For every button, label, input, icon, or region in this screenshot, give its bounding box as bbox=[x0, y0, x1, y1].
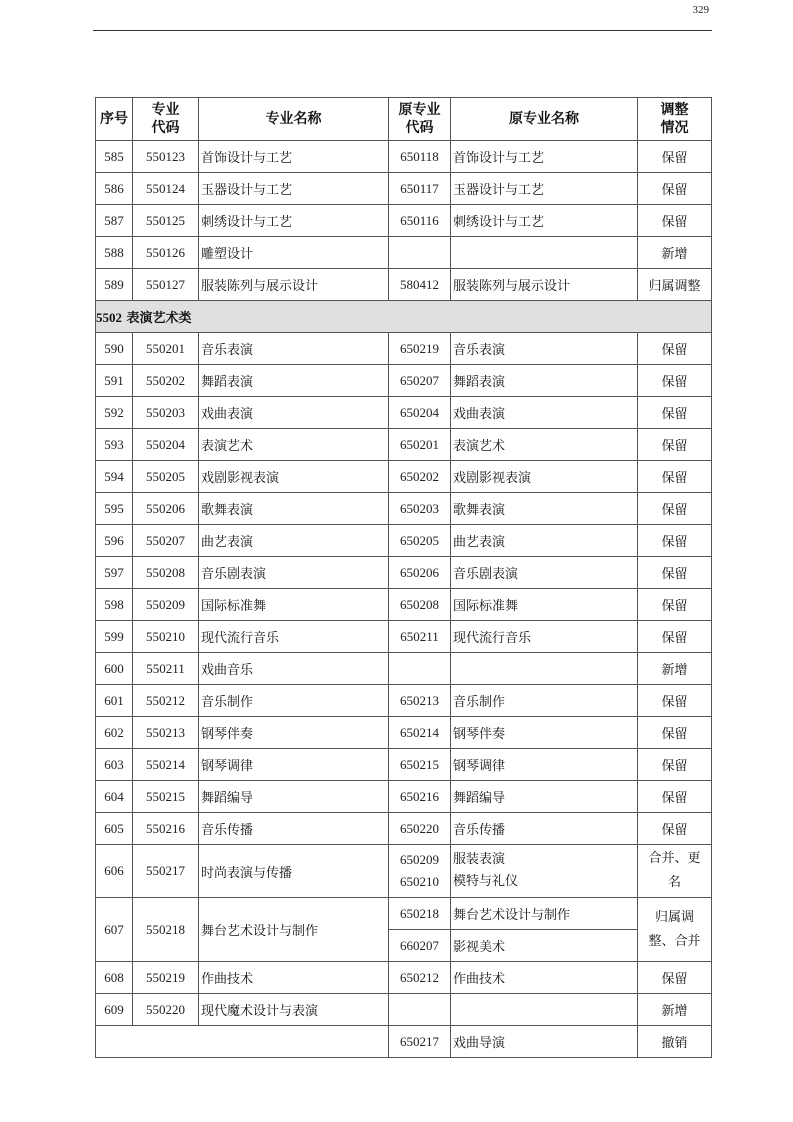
cell-orig-code: 660207 bbox=[389, 930, 451, 962]
cell-orig-code: 650201 bbox=[389, 429, 451, 461]
cell-status: 合并、更名 bbox=[638, 845, 712, 898]
cell-status: 新增 bbox=[638, 994, 712, 1026]
cell-orig-name: 作曲技术 bbox=[451, 962, 638, 994]
table-row: 605 550216 音乐传播 650220 音乐传播 保留 bbox=[96, 813, 712, 845]
cell-code: 550218 bbox=[133, 898, 199, 962]
cell-name: 现代流行音乐 bbox=[199, 621, 389, 653]
cell-orig-code: 650208 bbox=[389, 589, 451, 621]
cell-orig-name: 音乐制作 bbox=[451, 685, 638, 717]
cell-name: 雕塑设计 bbox=[199, 237, 389, 269]
cell-seq: 601 bbox=[96, 685, 133, 717]
cell-status: 保留 bbox=[638, 621, 712, 653]
cell-code: 550214 bbox=[133, 749, 199, 781]
cell-orig-name: 首饰设计与工艺 bbox=[451, 141, 638, 173]
cell-orig-name: 现代流行音乐 bbox=[451, 621, 638, 653]
cell-orig-code: 650117 bbox=[389, 173, 451, 205]
cell-seq: 609 bbox=[96, 994, 133, 1026]
table-row: 594 550205 戏剧影视表演 650202 戏剧影视表演 保留 bbox=[96, 461, 712, 493]
table-body-revoked: 650217 戏曲导演 撤销 bbox=[96, 1026, 712, 1058]
cell-orig-name: 戏曲导演 bbox=[451, 1026, 638, 1058]
cell-seq: 587 bbox=[96, 205, 133, 237]
table-row: 599 550210 现代流行音乐 650211 现代流行音乐 保留 bbox=[96, 621, 712, 653]
cell-orig-name: 舞蹈表演 bbox=[451, 365, 638, 397]
cell-orig-name: 服装陈列与展示设计 bbox=[451, 269, 638, 301]
table-row: 602 550213 钢琴伴奏 650214 钢琴伴奏 保留 bbox=[96, 717, 712, 749]
cell-orig-name bbox=[451, 237, 638, 269]
cell-orig-code: 650220 bbox=[389, 813, 451, 845]
cell-orig-code: 650214 bbox=[389, 717, 451, 749]
cell-code: 550207 bbox=[133, 525, 199, 557]
table-row: 600 550211 戏曲音乐 新增 bbox=[96, 653, 712, 685]
cell-name: 时尚表演与传播 bbox=[199, 845, 389, 898]
cell-orig-name: 戏曲表演 bbox=[451, 397, 638, 429]
table-row: 592 550203 戏曲表演 650204 戏曲表演 保留 bbox=[96, 397, 712, 429]
cell-status: 新增 bbox=[638, 237, 712, 269]
cell-seq: 608 bbox=[96, 962, 133, 994]
cell-status: 保留 bbox=[638, 717, 712, 749]
cell-seq: 600 bbox=[96, 653, 133, 685]
cell-seq: 598 bbox=[96, 589, 133, 621]
cell-status: 保留 bbox=[638, 525, 712, 557]
table-row: 587 550125 刺绣设计与工艺 650116 刺绣设计与工艺 保留 bbox=[96, 205, 712, 237]
cell-code: 550212 bbox=[133, 685, 199, 717]
cell-seq: 606 bbox=[96, 845, 133, 898]
cell-code: 550205 bbox=[133, 461, 199, 493]
cell-status: 保留 bbox=[638, 205, 712, 237]
cell-seq: 607 bbox=[96, 898, 133, 962]
cell-seq: 595 bbox=[96, 493, 133, 525]
table-row: 586 550124 玉器设计与工艺 650117 玉器设计与工艺 保留 bbox=[96, 173, 712, 205]
cell-status: 保留 bbox=[638, 493, 712, 525]
cell-code: 550220 bbox=[133, 994, 199, 1026]
cell-orig-name bbox=[451, 994, 638, 1026]
cell-seq: 588 bbox=[96, 237, 133, 269]
cell-name: 戏曲表演 bbox=[199, 397, 389, 429]
cell-status: 保留 bbox=[638, 962, 712, 994]
cell-status: 保留 bbox=[638, 173, 712, 205]
cell-orig-code: 650205 bbox=[389, 525, 451, 557]
cell-seq: 605 bbox=[96, 813, 133, 845]
cell-seq: 603 bbox=[96, 749, 133, 781]
cell-orig-code: 650211 bbox=[389, 621, 451, 653]
table-header-row: 序号 专业代码 专业名称 原专业代码 原专业名称 调整情况 bbox=[96, 98, 712, 141]
cell-orig-name: 舞台艺术设计与制作 bbox=[451, 898, 638, 930]
cell-orig-code: 650217 bbox=[389, 1026, 451, 1058]
table-row: 604 550215 舞蹈编导 650216 舞蹈编导 保留 bbox=[96, 781, 712, 813]
table-row: 589 550127 服装陈列与展示设计 580412 服装陈列与展示设计 归属… bbox=[96, 269, 712, 301]
cell-orig-code: 650116 bbox=[389, 205, 451, 237]
cell-orig-code: 650206 bbox=[389, 557, 451, 589]
cell-status: 保留 bbox=[638, 813, 712, 845]
header-code: 专业代码 bbox=[133, 98, 199, 141]
table-row: 593 550204 表演艺术 650201 表演艺术 保留 bbox=[96, 429, 712, 461]
cell-orig-code: 580412 bbox=[389, 269, 451, 301]
header-status: 调整情况 bbox=[638, 98, 712, 141]
cell-status: 归属调整、合并 bbox=[638, 898, 712, 962]
cell-code: 550213 bbox=[133, 717, 199, 749]
cell-code: 550125 bbox=[133, 205, 199, 237]
cell-orig-code bbox=[389, 237, 451, 269]
table-row: 585 550123 首饰设计与工艺 650118 首饰设计与工艺 保留 bbox=[96, 141, 712, 173]
cell-name: 舞蹈编导 bbox=[199, 781, 389, 813]
cell-status: 保留 bbox=[638, 429, 712, 461]
cell-code: 550126 bbox=[133, 237, 199, 269]
cell-orig-code: 650216 bbox=[389, 781, 451, 813]
cell-orig-code bbox=[389, 653, 451, 685]
cell-orig-name: 国际标准舞 bbox=[451, 589, 638, 621]
cell-orig-name: 音乐剧表演 bbox=[451, 557, 638, 589]
cell-orig-code: 650209650210 bbox=[389, 845, 451, 898]
cell-orig-name: 刺绣设计与工艺 bbox=[451, 205, 638, 237]
table-body-merged: 606 550217 时尚表演与传播 650209650210 服装表演模特与礼… bbox=[96, 845, 712, 962]
section-row: 5502 表演艺术类 bbox=[96, 301, 712, 333]
cell-seq: 592 bbox=[96, 397, 133, 429]
cell-code: 550202 bbox=[133, 365, 199, 397]
cell-name: 歌舞表演 bbox=[199, 493, 389, 525]
cell-seq: 597 bbox=[96, 557, 133, 589]
cell-orig-name: 音乐传播 bbox=[451, 813, 638, 845]
section-body: 5502 表演艺术类 bbox=[96, 301, 712, 333]
cell-seq: 589 bbox=[96, 269, 133, 301]
table-row: 608 550219 作曲技术 650212 作曲技术 保留 bbox=[96, 962, 712, 994]
cell-status: 保留 bbox=[638, 141, 712, 173]
cell-name: 表演艺术 bbox=[199, 429, 389, 461]
header-orig-code: 原专业代码 bbox=[389, 98, 451, 141]
cell-orig-code: 650204 bbox=[389, 397, 451, 429]
cell-name: 服装陈列与展示设计 bbox=[199, 269, 389, 301]
table-row: 650217 戏曲导演 撤销 bbox=[96, 1026, 712, 1058]
cell-name: 曲艺表演 bbox=[199, 525, 389, 557]
cell-name: 音乐制作 bbox=[199, 685, 389, 717]
cell-seq: 585 bbox=[96, 141, 133, 173]
cell-seq: 602 bbox=[96, 717, 133, 749]
table-row: 601 550212 音乐制作 650213 音乐制作 保留 bbox=[96, 685, 712, 717]
cell-orig-name: 戏剧影视表演 bbox=[451, 461, 638, 493]
table-body-c: 608 550219 作曲技术 650212 作曲技术 保留 609 55022… bbox=[96, 962, 712, 1026]
cell-status: 保留 bbox=[638, 589, 712, 621]
cell-status: 归属调整 bbox=[638, 269, 712, 301]
cell-code: 550123 bbox=[133, 141, 199, 173]
cell-seq: 604 bbox=[96, 781, 133, 813]
cell-orig-name: 服装表演模特与礼仪 bbox=[451, 845, 638, 898]
table-row: 588 550126 雕塑设计 新增 bbox=[96, 237, 712, 269]
cell-orig-name: 舞蹈编导 bbox=[451, 781, 638, 813]
section-heading: 5502 表演艺术类 bbox=[96, 301, 712, 333]
cell-code: 550219 bbox=[133, 962, 199, 994]
cell-seq: 590 bbox=[96, 333, 133, 365]
table-row: 591 550202 舞蹈表演 650207 舞蹈表演 保留 bbox=[96, 365, 712, 397]
cell-orig-code: 650212 bbox=[389, 962, 451, 994]
table-row: 590 550201 音乐表演 650219 音乐表演 保留 bbox=[96, 333, 712, 365]
cell-name: 音乐传播 bbox=[199, 813, 389, 845]
cell-code: 550204 bbox=[133, 429, 199, 461]
cell-code: 550209 bbox=[133, 589, 199, 621]
cell-orig-code: 650213 bbox=[389, 685, 451, 717]
cell-empty bbox=[96, 1026, 389, 1058]
cell-code: 550217 bbox=[133, 845, 199, 898]
table-row: 596 550207 曲艺表演 650205 曲艺表演 保留 bbox=[96, 525, 712, 557]
cell-orig-code: 650215 bbox=[389, 749, 451, 781]
table-row: 595 550206 歌舞表演 650203 歌舞表演 保留 bbox=[96, 493, 712, 525]
cell-code: 550203 bbox=[133, 397, 199, 429]
cell-code: 550127 bbox=[133, 269, 199, 301]
cell-status: 新增 bbox=[638, 653, 712, 685]
cell-seq: 593 bbox=[96, 429, 133, 461]
cell-orig-code: 650207 bbox=[389, 365, 451, 397]
cell-orig-code: 650218 bbox=[389, 898, 451, 930]
cell-orig-code: 650219 bbox=[389, 333, 451, 365]
table-row: 603 550214 钢琴调律 650215 钢琴调律 保留 bbox=[96, 749, 712, 781]
cell-status: 保留 bbox=[638, 781, 712, 813]
cell-name: 现代魔术设计与表演 bbox=[199, 994, 389, 1026]
cell-orig-name: 音乐表演 bbox=[451, 333, 638, 365]
cell-orig-code: 650203 bbox=[389, 493, 451, 525]
cell-orig-name bbox=[451, 653, 638, 685]
cell-name: 玉器设计与工艺 bbox=[199, 173, 389, 205]
cell-code: 550124 bbox=[133, 173, 199, 205]
cell-orig-name: 表演艺术 bbox=[451, 429, 638, 461]
header-rule bbox=[93, 30, 712, 31]
cell-name: 首饰设计与工艺 bbox=[199, 141, 389, 173]
cell-status: 保留 bbox=[638, 397, 712, 429]
cell-name: 音乐剧表演 bbox=[199, 557, 389, 589]
header-orig-name: 原专业名称 bbox=[451, 98, 638, 141]
cell-orig-code bbox=[389, 994, 451, 1026]
cell-seq: 594 bbox=[96, 461, 133, 493]
majors-table: 序号 专业代码 专业名称 原专业代码 原专业名称 调整情况 585 550123… bbox=[95, 97, 712, 1058]
cell-code: 550201 bbox=[133, 333, 199, 365]
cell-code: 550211 bbox=[133, 653, 199, 685]
cell-code: 550215 bbox=[133, 781, 199, 813]
cell-code: 550210 bbox=[133, 621, 199, 653]
cell-status: 保留 bbox=[638, 749, 712, 781]
table-row: 607 550218 舞台艺术设计与制作 650218 舞台艺术设计与制作 归属… bbox=[96, 898, 712, 930]
cell-orig-code: 650202 bbox=[389, 461, 451, 493]
table-body-a: 585 550123 首饰设计与工艺 650118 首饰设计与工艺 保留 586… bbox=[96, 141, 712, 301]
header-seq: 序号 bbox=[96, 98, 133, 141]
table-body-b: 590 550201 音乐表演 650219 音乐表演 保留 591 55020… bbox=[96, 333, 712, 845]
cell-name: 钢琴调律 bbox=[199, 749, 389, 781]
cell-orig-name: 曲艺表演 bbox=[451, 525, 638, 557]
cell-name: 戏剧影视表演 bbox=[199, 461, 389, 493]
cell-orig-name: 玉器设计与工艺 bbox=[451, 173, 638, 205]
cell-orig-name: 钢琴伴奏 bbox=[451, 717, 638, 749]
table-row: 598 550209 国际标准舞 650208 国际标准舞 保留 bbox=[96, 589, 712, 621]
cell-orig-name: 钢琴调律 bbox=[451, 749, 638, 781]
cell-seq: 596 bbox=[96, 525, 133, 557]
page-number: 329 bbox=[693, 4, 710, 16]
cell-name: 舞台艺术设计与制作 bbox=[199, 898, 389, 962]
cell-orig-name: 影视美术 bbox=[451, 930, 638, 962]
cell-name: 戏曲音乐 bbox=[199, 653, 389, 685]
cell-status: 保留 bbox=[638, 557, 712, 589]
cell-orig-name: 歌舞表演 bbox=[451, 493, 638, 525]
cell-name: 作曲技术 bbox=[199, 962, 389, 994]
cell-name: 钢琴伴奏 bbox=[199, 717, 389, 749]
cell-status: 保留 bbox=[638, 333, 712, 365]
table-row: 606 550217 时尚表演与传播 650209650210 服装表演模特与礼… bbox=[96, 845, 712, 898]
cell-name: 刺绣设计与工艺 bbox=[199, 205, 389, 237]
cell-seq: 599 bbox=[96, 621, 133, 653]
cell-seq: 591 bbox=[96, 365, 133, 397]
cell-name: 国际标准舞 bbox=[199, 589, 389, 621]
cell-code: 550206 bbox=[133, 493, 199, 525]
cell-name: 音乐表演 bbox=[199, 333, 389, 365]
table-row: 597 550208 音乐剧表演 650206 音乐剧表演 保留 bbox=[96, 557, 712, 589]
cell-code: 550208 bbox=[133, 557, 199, 589]
cell-status: 保留 bbox=[638, 365, 712, 397]
cell-status: 保留 bbox=[638, 461, 712, 493]
cell-code: 550216 bbox=[133, 813, 199, 845]
header-name: 专业名称 bbox=[199, 98, 389, 141]
table-row: 609 550220 现代魔术设计与表演 新增 bbox=[96, 994, 712, 1026]
cell-status: 保留 bbox=[638, 685, 712, 717]
cell-orig-code: 650118 bbox=[389, 141, 451, 173]
cell-status: 撤销 bbox=[638, 1026, 712, 1058]
cell-seq: 586 bbox=[96, 173, 133, 205]
cell-name: 舞蹈表演 bbox=[199, 365, 389, 397]
